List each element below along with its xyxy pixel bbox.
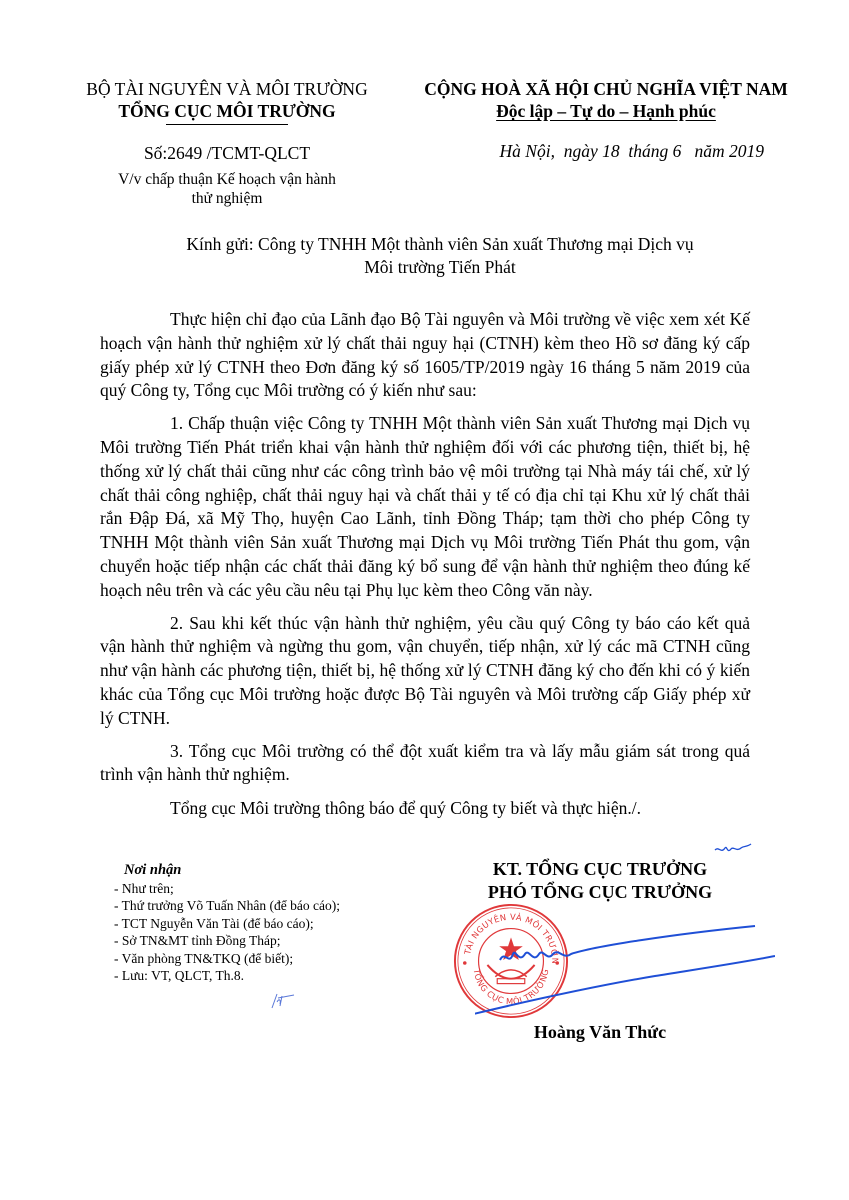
distribution-item: - Sở TN&MT tỉnh Đồng Tháp; bbox=[114, 932, 434, 950]
issuer-header: BỘ TÀI NGUYÊN VÀ MÔI TRƯỜNG TỔNG CỤC MÔI… bbox=[62, 78, 392, 208]
item-3-paragraph: 3. Tổng cục Môi trường có thể đột xuất k… bbox=[100, 740, 750, 788]
distribution-item: - Văn phòng TN&TKQ (để biết); bbox=[114, 950, 434, 968]
document-number: Số:2649 /TCMT-QLCT bbox=[62, 142, 392, 164]
recipient-line-1: Kính gửi: Công ty TNHH Một thành viên Sả… bbox=[100, 233, 780, 256]
distribution-item: - Như trên; bbox=[114, 880, 434, 898]
clerk-initials-icon bbox=[268, 990, 298, 1010]
signer-name: Hoàng Văn Thức bbox=[440, 1022, 760, 1043]
distribution-list: Nơi nhận - Như trên; - Thứ trưởng Võ Tuấ… bbox=[114, 862, 434, 985]
letter-body: Thực hiện chỉ đạo của Lãnh đạo Bộ Tài ng… bbox=[100, 308, 750, 830]
item-1-paragraph: 1. Chấp thuận việc Công ty TNHH Một thàn… bbox=[100, 412, 750, 602]
recipient-address: Kính gửi: Công ty TNHH Một thành viên Sả… bbox=[100, 233, 780, 279]
signature-block: KT. TỔNG CỤC TRƯỞNG PHÓ TỔNG CỤC TRƯỞNG … bbox=[440, 858, 760, 904]
national-header: CỘNG HOÀ XÃ HỘI CHỦ NGHĨA VIỆT NAM Độc l… bbox=[408, 78, 804, 162]
agency-underline bbox=[166, 124, 288, 125]
distribution-title: Nơi nhận bbox=[124, 862, 434, 880]
handwritten-signature-icon bbox=[475, 920, 775, 1020]
intro-paragraph: Thực hiện chỉ đạo của Lãnh đạo Bộ Tài ng… bbox=[100, 308, 750, 403]
closing-paragraph: Tổng cục Môi trường thông báo để quý Côn… bbox=[100, 797, 750, 821]
ministry-name: BỘ TÀI NGUYÊN VÀ MÔI TRƯỜNG bbox=[62, 78, 392, 100]
item-2-paragraph: 2. Sau khi kết thúc vận hành thử nghiệm,… bbox=[100, 612, 750, 731]
nation-title: CỘNG HOÀ XÃ HỘI CHỦ NGHĨA VIỆT NAM bbox=[408, 78, 804, 100]
signer-role-1: KT. TỔNG CỤC TRƯỞNG bbox=[440, 858, 760, 881]
handwritten-initials-icon bbox=[713, 840, 753, 858]
agency-name: TỔNG CỤC MÔI TRƯỜNG bbox=[62, 100, 392, 122]
distribution-item: - Lưu: VT, QLCT, Th.8. bbox=[114, 967, 434, 985]
distribution-item: - Thứ trưởng Võ Tuấn Nhân (để báo cáo); bbox=[114, 897, 434, 915]
signer-role-2: PHÓ TỔNG CỤC TRƯỞNG bbox=[440, 881, 760, 904]
national-motto: Độc lập – Tự do – Hạnh phúc bbox=[408, 100, 804, 122]
subject-line-1: V/v chấp thuận Kế hoạch vận hành bbox=[62, 170, 392, 189]
distribution-item: - TCT Nguyễn Văn Tài (để báo cáo); bbox=[114, 915, 434, 933]
issue-date: Hà Nội, ngày 18 tháng 6 năm 2019 bbox=[408, 140, 804, 162]
recipient-line-2: Môi trường Tiến Phát bbox=[100, 256, 780, 279]
subject-line-2: thử nghiệm bbox=[62, 189, 392, 208]
